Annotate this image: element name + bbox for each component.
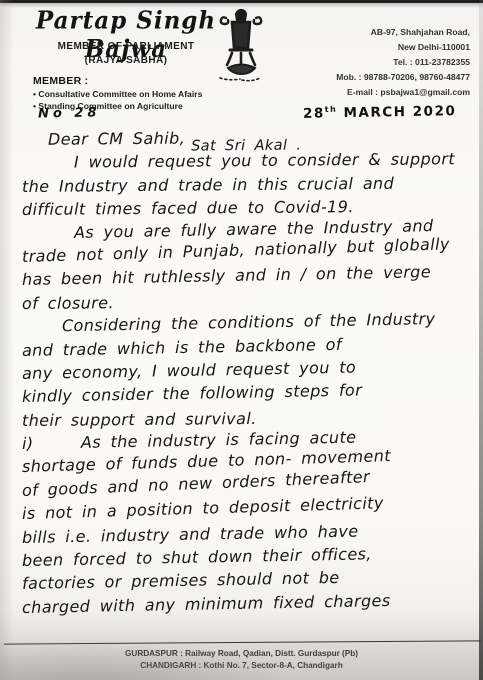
membership-item: Consultative Committee on Home Afairs <box>33 89 202 101</box>
date-rest: MARCH 2020 <box>337 103 456 121</box>
member-heading: MEMBER : <box>33 75 202 87</box>
footer-addresses: GURDASPUR : Railway Road, Qadian, Distt.… <box>0 648 483 671</box>
address-line: Mob. : 98788-70206, 98760-48477 <box>336 70 470 85</box>
footer-rule <box>4 640 481 644</box>
letter-body: Dear CM Sahib,Sat Sri Akal . I would req… <box>22 128 481 619</box>
date-day: 28 <box>303 105 325 121</box>
sender-title-parliament: MEMBER OF PARLIAMENT <box>30 40 222 54</box>
address-line: AB-97, Shahjahan Road, <box>336 25 470 40</box>
address-block: AB-97, Shahjahan Road, New Delhi-110001 … <box>336 25 470 100</box>
footer-address-gurdaspur: GURDASPUR : Railway Road, Qadian, Distt.… <box>0 648 483 660</box>
address-line: Tel. : 011-23782355 <box>336 55 470 70</box>
address-line: E-mail : psbajwa1@gmail.com <box>336 85 470 100</box>
footer-address-chandigarh: CHANDIGARH : Kothi No. 7, Sector-8-A, Ch… <box>0 660 483 672</box>
handwritten-ref-no: No 28 <box>38 105 101 121</box>
sender-title: MEMBER OF PARLIAMENT (RAJYA SABHA) <box>30 40 222 68</box>
date-suffix: th <box>325 105 338 114</box>
scan-top-edge <box>0 0 483 3</box>
address-line: New Delhi-110001 <box>336 40 470 55</box>
scan-left-shading <box>0 0 14 680</box>
handwritten-date: 28th MARCH 2020 <box>303 103 457 122</box>
ashoka-emblem-icon <box>212 6 270 84</box>
scan-right-edge <box>479 0 483 680</box>
sender-title-house: (RAJYA SABHA) <box>30 54 222 68</box>
letter-page: Partap Singh Bajwa MEMBER OF PARLIAMENT … <box>0 0 483 680</box>
salutation-text: Dear CM Sahib, <box>48 129 185 149</box>
